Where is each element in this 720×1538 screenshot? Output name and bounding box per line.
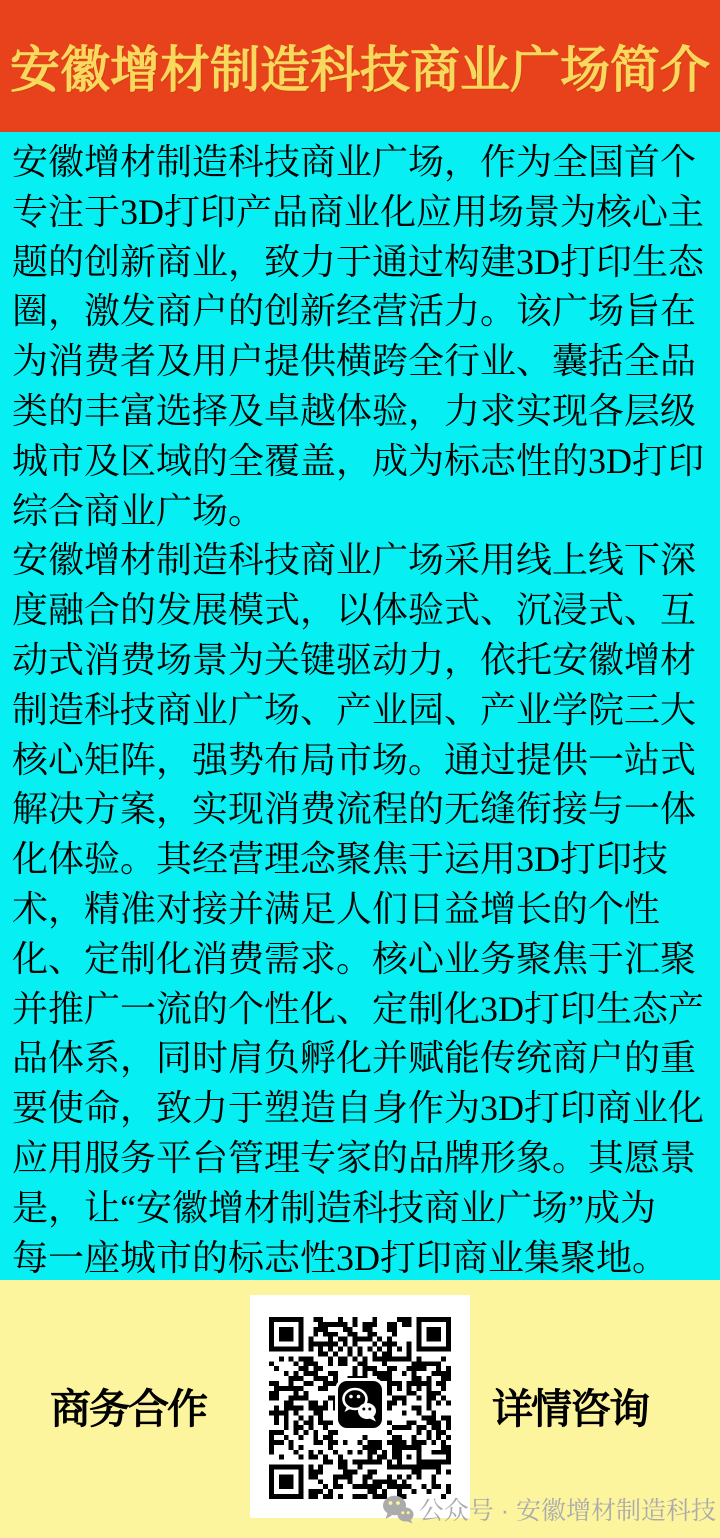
intro-paragraph-1: 安徽增材制造科技商业广场，作为全国首个 专注于3D打印产品商业化应用场景为核心主… — [12, 138, 708, 536]
wechat-icon — [382, 1494, 414, 1524]
wechat-icon — [338, 1381, 382, 1428]
watermark: 公众号 · 安徽增材制造科技 — [382, 1491, 716, 1527]
header-banner: 安徽增材制造科技商业广场简介 — [0, 0, 720, 132]
details-consultation-label: 详情咨询 — [492, 1376, 648, 1435]
footer-banner: 商务合作 详情咨询 — [0, 1280, 720, 1538]
poster: 安徽增材制造科技商业广场简介 安徽增材制造科技商业广场，作为全国首个 专注于3D… — [0, 0, 720, 1538]
watermark-text: 公众号 · 安徽增材制造科技 — [419, 1491, 716, 1527]
intro-paragraph-2: 安徽增材制造科技商业广场采用线上线下深 度融合的发展模式，以体验式、沉浸式、互 … — [12, 536, 708, 1280]
business-cooperation-label: 商务合作 — [50, 1376, 206, 1435]
qr-card — [250, 1295, 470, 1518]
page-title: 安徽增材制造科技商业广场简介 — [10, 30, 710, 102]
wechat-icon — [338, 1381, 382, 1428]
intro-text-section: 安徽增材制造科技商业广场，作为全国首个 专注于3D打印产品商业化应用场景为核心主… — [0, 132, 720, 1280]
